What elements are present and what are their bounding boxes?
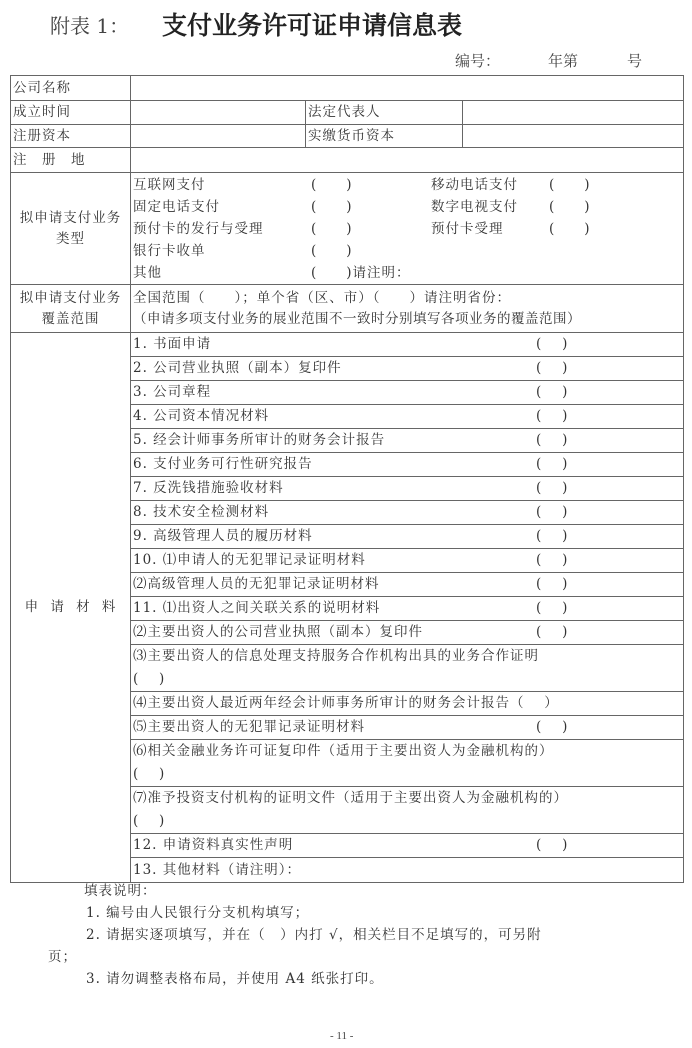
business-type-checkbox[interactable]: ( ) — [311, 174, 431, 196]
material-checkbox[interactable]: ( ) — [536, 525, 681, 548]
material-checkbox[interactable]: ( ) — [133, 763, 681, 786]
material-text: 1. 书面申请 — [133, 333, 211, 356]
note-item: 1. 编号由人民银行分支机构填写； — [84, 902, 542, 924]
application-form-table: 公司名称 成立时间 法定代表人 注册资本 实缴货币资本 注 册 地 拟申请支付业… — [10, 75, 684, 883]
material-text: ⑹相关金融业务许可证复印件（适用于主要出资人为金融机构的） — [133, 740, 681, 763]
material-text: ⑶主要出资人的信息处理支持服务合作机构出具的业务合作证明 — [133, 645, 681, 668]
row-business-types: 拟申请支付业务类型 互联网支付 ( ) 移动电话支付 ( ) 固定电话支付 ( … — [11, 173, 684, 285]
business-type-checkbox[interactable]: ( ) — [311, 240, 431, 262]
business-types-options: 互联网支付 ( ) 移动电话支付 ( ) 固定电话支付 ( ) 数字电视支付 (… — [131, 173, 684, 285]
business-type-row: 其他 ( )请注明： — [133, 262, 681, 284]
material-checkbox[interactable]: ( ) — [536, 549, 681, 572]
material-text: 2. 公司营业执照（副本）复印件 — [133, 357, 342, 380]
business-type-name: 其他 — [133, 262, 311, 284]
material-text: 10. ⑴申请人的无犯罪记录证明材料 — [133, 549, 366, 572]
reg-capital-field[interactable] — [131, 125, 306, 148]
row-capital: 注册资本 实缴货币资本 — [11, 125, 684, 148]
business-type-checkbox[interactable]: ( ) — [311, 218, 431, 240]
material-checkbox[interactable]: ( ) — [536, 333, 681, 356]
page-title: 支付业务许可证申请信息表 — [162, 6, 462, 42]
coverage-line-1[interactable]: 全国范围（ ）；单个省（区、市）（ ）请注明省份： — [133, 288, 681, 309]
row-coverage: 拟申请支付业务覆盖范围 全国范围（ ）；单个省（区、市）（ ）请注明省份： （申… — [11, 285, 684, 333]
serial-label: 编号： — [455, 50, 500, 71]
business-type-name: 预付卡的发行与受理 — [133, 218, 311, 240]
material-checkbox[interactable]: ( ) — [536, 501, 681, 524]
material-text: 3. 公司章程 — [133, 381, 211, 404]
material-text: 4. 公司资本情况材料 — [133, 405, 269, 428]
coverage-options: 全国范围（ ）；单个省（区、市）（ ）请注明省份： （申请多项支付业务的展业范围… — [131, 285, 684, 333]
business-type-checkbox[interactable]: ( ) — [549, 196, 591, 218]
established-field[interactable] — [131, 101, 306, 125]
material-checkbox[interactable]: ( ) — [536, 621, 681, 644]
material-checkbox[interactable]: ( ) — [536, 477, 681, 500]
business-type-row: 预付卡的发行与受理 ( ) 预付卡受理 ( ) — [133, 218, 681, 240]
coverage-line-2: （申请多项支付业务的展业范围不一致时分别填写各项业务的覆盖范围） — [133, 309, 681, 330]
material-checkbox[interactable]: ( ) — [536, 381, 681, 404]
material-text: 8. 技术安全检测材料 — [133, 501, 269, 524]
reg-address-label: 注 册 地 — [11, 148, 131, 173]
paid-capital-label: 实缴货币资本 — [306, 125, 463, 148]
business-type-name: 数字电视支付 — [431, 196, 549, 218]
material-text-other[interactable]: 13. 其他材料（请注明）： — [133, 859, 301, 882]
serial-year: 年第 — [548, 50, 578, 71]
materials-label: 申 请 材 料 — [11, 333, 131, 883]
material-text: 11. ⑴出资人之间关联关系的说明材料 — [133, 597, 380, 620]
material-checkbox[interactable]: ( ) — [536, 453, 681, 476]
material-text: 12. 申请资料真实性声明 — [133, 834, 293, 857]
notes-heading: 填表说明： — [84, 880, 542, 902]
business-type-name: 银行卡收单 — [133, 240, 311, 262]
material-text: 5. 经会计师事务所审计的财务会计报告 — [133, 429, 385, 452]
material-text: ⑺准予投资支付机构的证明文件（适用于主要出资人为金融机构的） — [133, 787, 681, 810]
business-types-label: 拟申请支付业务类型 — [11, 173, 131, 285]
material-checkbox[interactable]: ( ) — [536, 716, 681, 739]
material-text: 6. 支付业务可行性研究报告 — [133, 453, 313, 476]
material-checkbox[interactable]: ( ) — [536, 573, 681, 596]
page-number: - 11 - — [330, 1030, 353, 1042]
business-type-other-checkbox[interactable]: ( )请注明： — [311, 262, 411, 284]
company-name-field[interactable] — [131, 76, 684, 101]
paid-capital-field[interactable] — [463, 125, 684, 148]
legal-rep-field[interactable] — [463, 101, 684, 125]
material-text: ⑵主要出资人的公司营业执照（副本）复印件 — [133, 621, 423, 644]
material-checkbox[interactable]: ( ) — [536, 429, 681, 452]
coverage-label: 拟申请支付业务覆盖范围 — [11, 285, 131, 333]
business-type-row: 固定电话支付 ( ) 数字电视支付 ( ) — [133, 196, 681, 218]
material-checkbox[interactable]: ( ) — [536, 405, 681, 428]
row-company-name: 公司名称 — [11, 76, 684, 101]
business-type-checkbox[interactable]: ( ) — [311, 196, 431, 218]
row-established: 成立时间 法定代表人 — [11, 101, 684, 125]
material-text: ⑵高级管理人员的无犯罪记录证明材料 — [133, 573, 380, 596]
material-checkbox[interactable]: ( ) — [133, 810, 681, 833]
business-type-row: 互联网支付 ( ) 移动电话支付 ( ) — [133, 174, 681, 196]
material-checkbox[interactable]: ( ) — [536, 834, 681, 857]
company-name-label: 公司名称 — [11, 76, 131, 101]
legal-rep-label: 法定代表人 — [306, 101, 463, 125]
established-label: 成立时间 — [11, 101, 131, 125]
material-row: 申 请 材 料 1. 书面申请( ) — [11, 333, 684, 357]
business-type-name: 固定电话支付 — [133, 196, 311, 218]
material-text: 9. 高级管理人员的履历材料 — [133, 525, 313, 548]
business-type-name: 预付卡受理 — [431, 218, 549, 240]
row-reg-address: 注 册 地 — [11, 148, 684, 173]
note-item: 3. 请勿调整表格布局，并使用 A4 纸张打印。 — [84, 968, 542, 990]
material-text: 7. 反洗钱措施验收材料 — [133, 477, 284, 500]
business-type-checkbox[interactable]: ( ) — [549, 218, 591, 240]
business-type-row: 银行卡收单 ( ) — [133, 240, 681, 262]
note-item: 2. 请据实逐项填写，并在（ ）内打 √，相关栏目不足填写的，可另附 — [84, 924, 542, 946]
material-text: ⑸主要出资人的无犯罪记录证明材料 — [133, 716, 365, 739]
reg-address-field[interactable] — [131, 148, 684, 173]
serial-no: 号 — [627, 50, 642, 71]
material-text[interactable]: ⑷主要出资人最近两年经会计师事务所审计的财务会计报告（ ） — [133, 692, 559, 715]
material-checkbox[interactable]: ( ) — [536, 597, 681, 620]
filling-notes: 填表说明： 1. 编号由人民银行分支机构填写； 2. 请据实逐项填写，并在（ ）… — [84, 880, 542, 990]
business-type-name: 互联网支付 — [133, 174, 311, 196]
reg-capital-label: 注册资本 — [11, 125, 131, 148]
note-item: 页； — [48, 946, 542, 968]
material-checkbox[interactable]: ( ) — [536, 357, 681, 380]
appendix-label: 附表 1： — [50, 10, 129, 39]
business-type-name: 移动电话支付 — [431, 174, 549, 196]
business-type-checkbox[interactable]: ( ) — [549, 174, 591, 196]
material-checkbox[interactable]: ( ) — [133, 668, 681, 691]
